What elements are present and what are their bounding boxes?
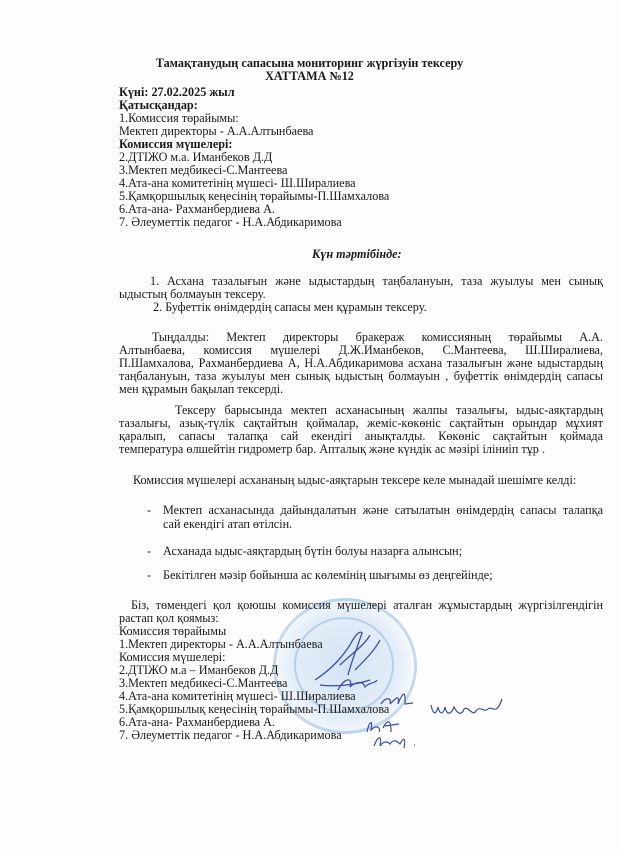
agenda-heading: Күн тәртібінде: — [312, 248, 402, 261]
decision-item-3: Бекітілген мәзір бойынша ас көлемінің шы… — [163, 569, 493, 582]
agenda-item-2: 2. Буфеттік өнімдердің сапасы мен құрамы… — [153, 301, 427, 314]
heard-line: мен құрамын бақылап тексерді. — [119, 383, 283, 396]
signature-board-chair-icon — [428, 695, 508, 725]
bullet-dash: - — [147, 545, 151, 558]
decision-item-2: Асханада ыдыс-аяқтардың бүтін болуы наза… — [163, 545, 462, 558]
member-item: 7. Әлеуметтік педагог - Н.А.Абдикаримова — [119, 216, 342, 229]
signature-medic-icon — [335, 672, 380, 697]
bullet-dash: - — [147, 504, 151, 517]
scanned-document-page: Тамақтанудың сапасына мониторинг жүргізу… — [0, 0, 619, 850]
decision-intro: Комиссия мүшелері асхананың ыдыс-аяқтары… — [133, 474, 576, 487]
bullet-dash: - — [147, 569, 151, 582]
confirmation-member: 7. Әлеуметтік педагог - Н.А.Абдикаримова — [119, 729, 342, 742]
decision-item-1-line2: сай екендігі атап өтілсін. — [163, 518, 292, 531]
signature-parent-committee-icon — [378, 686, 418, 711]
inspection-line: температура өлшейтін гидрометр бар. Апта… — [119, 443, 545, 456]
protocol-number: ХАТТАМА №12 — [0, 70, 619, 83]
signature-social-pedagogue-icon — [370, 730, 420, 752]
decision-item-1-line1: Мектеп асханасында дайындалатын және сат… — [163, 504, 603, 517]
